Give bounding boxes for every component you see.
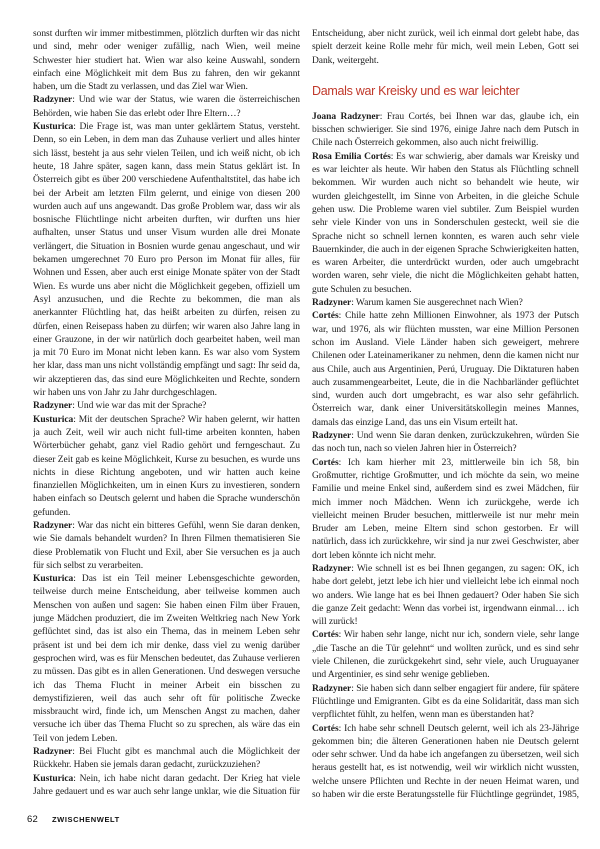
speaker-name: Radzyner bbox=[33, 95, 72, 105]
speaker-name: Radzyner bbox=[33, 401, 72, 411]
paragraph: Rosa Emilia Cortés: Es war schwierig, ab… bbox=[312, 151, 579, 297]
speaker-name: Radzyner bbox=[33, 747, 72, 757]
section-heading: Damals war Kreisky und es war leichter bbox=[312, 84, 579, 98]
paragraph: Radzyner: Wie schnell ist es bei Ihnen g… bbox=[312, 563, 579, 629]
page-number: 62 bbox=[27, 814, 38, 825]
speaker-name: Cortés bbox=[312, 724, 339, 734]
speaker-name: Kusturica bbox=[33, 574, 73, 584]
paragraph: Radzyner: Bei Flucht gibt es manchmal au… bbox=[33, 746, 300, 773]
speaker-name: Joana Radzyner bbox=[312, 112, 380, 122]
paragraph: Radzyner: Und wenn Sie daran denken, zur… bbox=[312, 430, 579, 457]
paragraph: Radzyner: Warum kamen Sie ausgerechnet n… bbox=[312, 297, 579, 310]
paragraph: Entscheidung, aber nicht zurück, weil ic… bbox=[312, 28, 579, 68]
paragraph: Kusturica: Das ist ein Teil meiner Leben… bbox=[33, 573, 300, 746]
paragraph: Radzyner: Und wie war der Status, wie wa… bbox=[33, 94, 300, 121]
paragraph: Cortés: Chile hatte zehn Millionen Einwo… bbox=[312, 310, 579, 430]
speaker-name: Kusturica bbox=[33, 774, 73, 784]
paragraph: Radzyner: War das nicht ein bitteres Gef… bbox=[33, 520, 300, 573]
speaker-name: Rosa Emilia Cortés bbox=[312, 152, 391, 162]
paragraph: Cortés: Ich habe sehr schnell Deutsch ge… bbox=[312, 723, 579, 800]
page-footer: 62 ZWISCHENWELT bbox=[27, 814, 120, 825]
speaker-name: Cortés bbox=[312, 630, 339, 640]
speaker-name: Radzyner bbox=[33, 521, 72, 531]
journal-name: ZWISCHENWELT bbox=[52, 815, 120, 824]
speaker-name: Radzyner bbox=[312, 298, 351, 308]
speaker-name: Cortés bbox=[312, 311, 339, 321]
speaker-name: Kusturica bbox=[33, 122, 73, 132]
paragraph: Radzyner: Und wie war das mit der Sprach… bbox=[33, 400, 300, 413]
paragraph: sonst durften wir immer mitbestimmen, pl… bbox=[33, 28, 300, 94]
paragraph: Kusturica: Mit der deutschen Sprache? Wi… bbox=[33, 414, 300, 520]
paragraph: Joana Radzyner: Frau Cortés, bei Ihnen w… bbox=[312, 111, 579, 151]
article-body: sonst durften wir immer mitbestimmen, pl… bbox=[33, 28, 579, 800]
magazine-page: sonst durften wir immer mitbestimmen, pl… bbox=[0, 0, 600, 849]
paragraph: Radzyner: Sie haben sich dann selber eng… bbox=[312, 683, 579, 723]
speaker-name: Kusturica bbox=[33, 415, 73, 425]
left-column: sonst durften wir immer mitbestimmen, pl… bbox=[33, 28, 300, 800]
paragraph: Cortés: Ich kam hierher mit 23, mittlerw… bbox=[312, 457, 579, 563]
speaker-name: Cortés bbox=[312, 458, 339, 468]
paragraph: Kusturica: Die Frage ist, was man unter … bbox=[33, 121, 300, 400]
paragraph: Cortés: Wir haben sehr lange, nicht nur … bbox=[312, 629, 579, 682]
speaker-name: Radzyner bbox=[312, 564, 351, 574]
speaker-name: Radzyner bbox=[312, 431, 351, 441]
speaker-name: Radzyner bbox=[312, 684, 351, 694]
paragraph: Kusturica: Nein, ich habe nicht daran ge… bbox=[33, 773, 300, 800]
right-column: Entscheidung, aber nicht zurück, weil ic… bbox=[312, 28, 579, 800]
